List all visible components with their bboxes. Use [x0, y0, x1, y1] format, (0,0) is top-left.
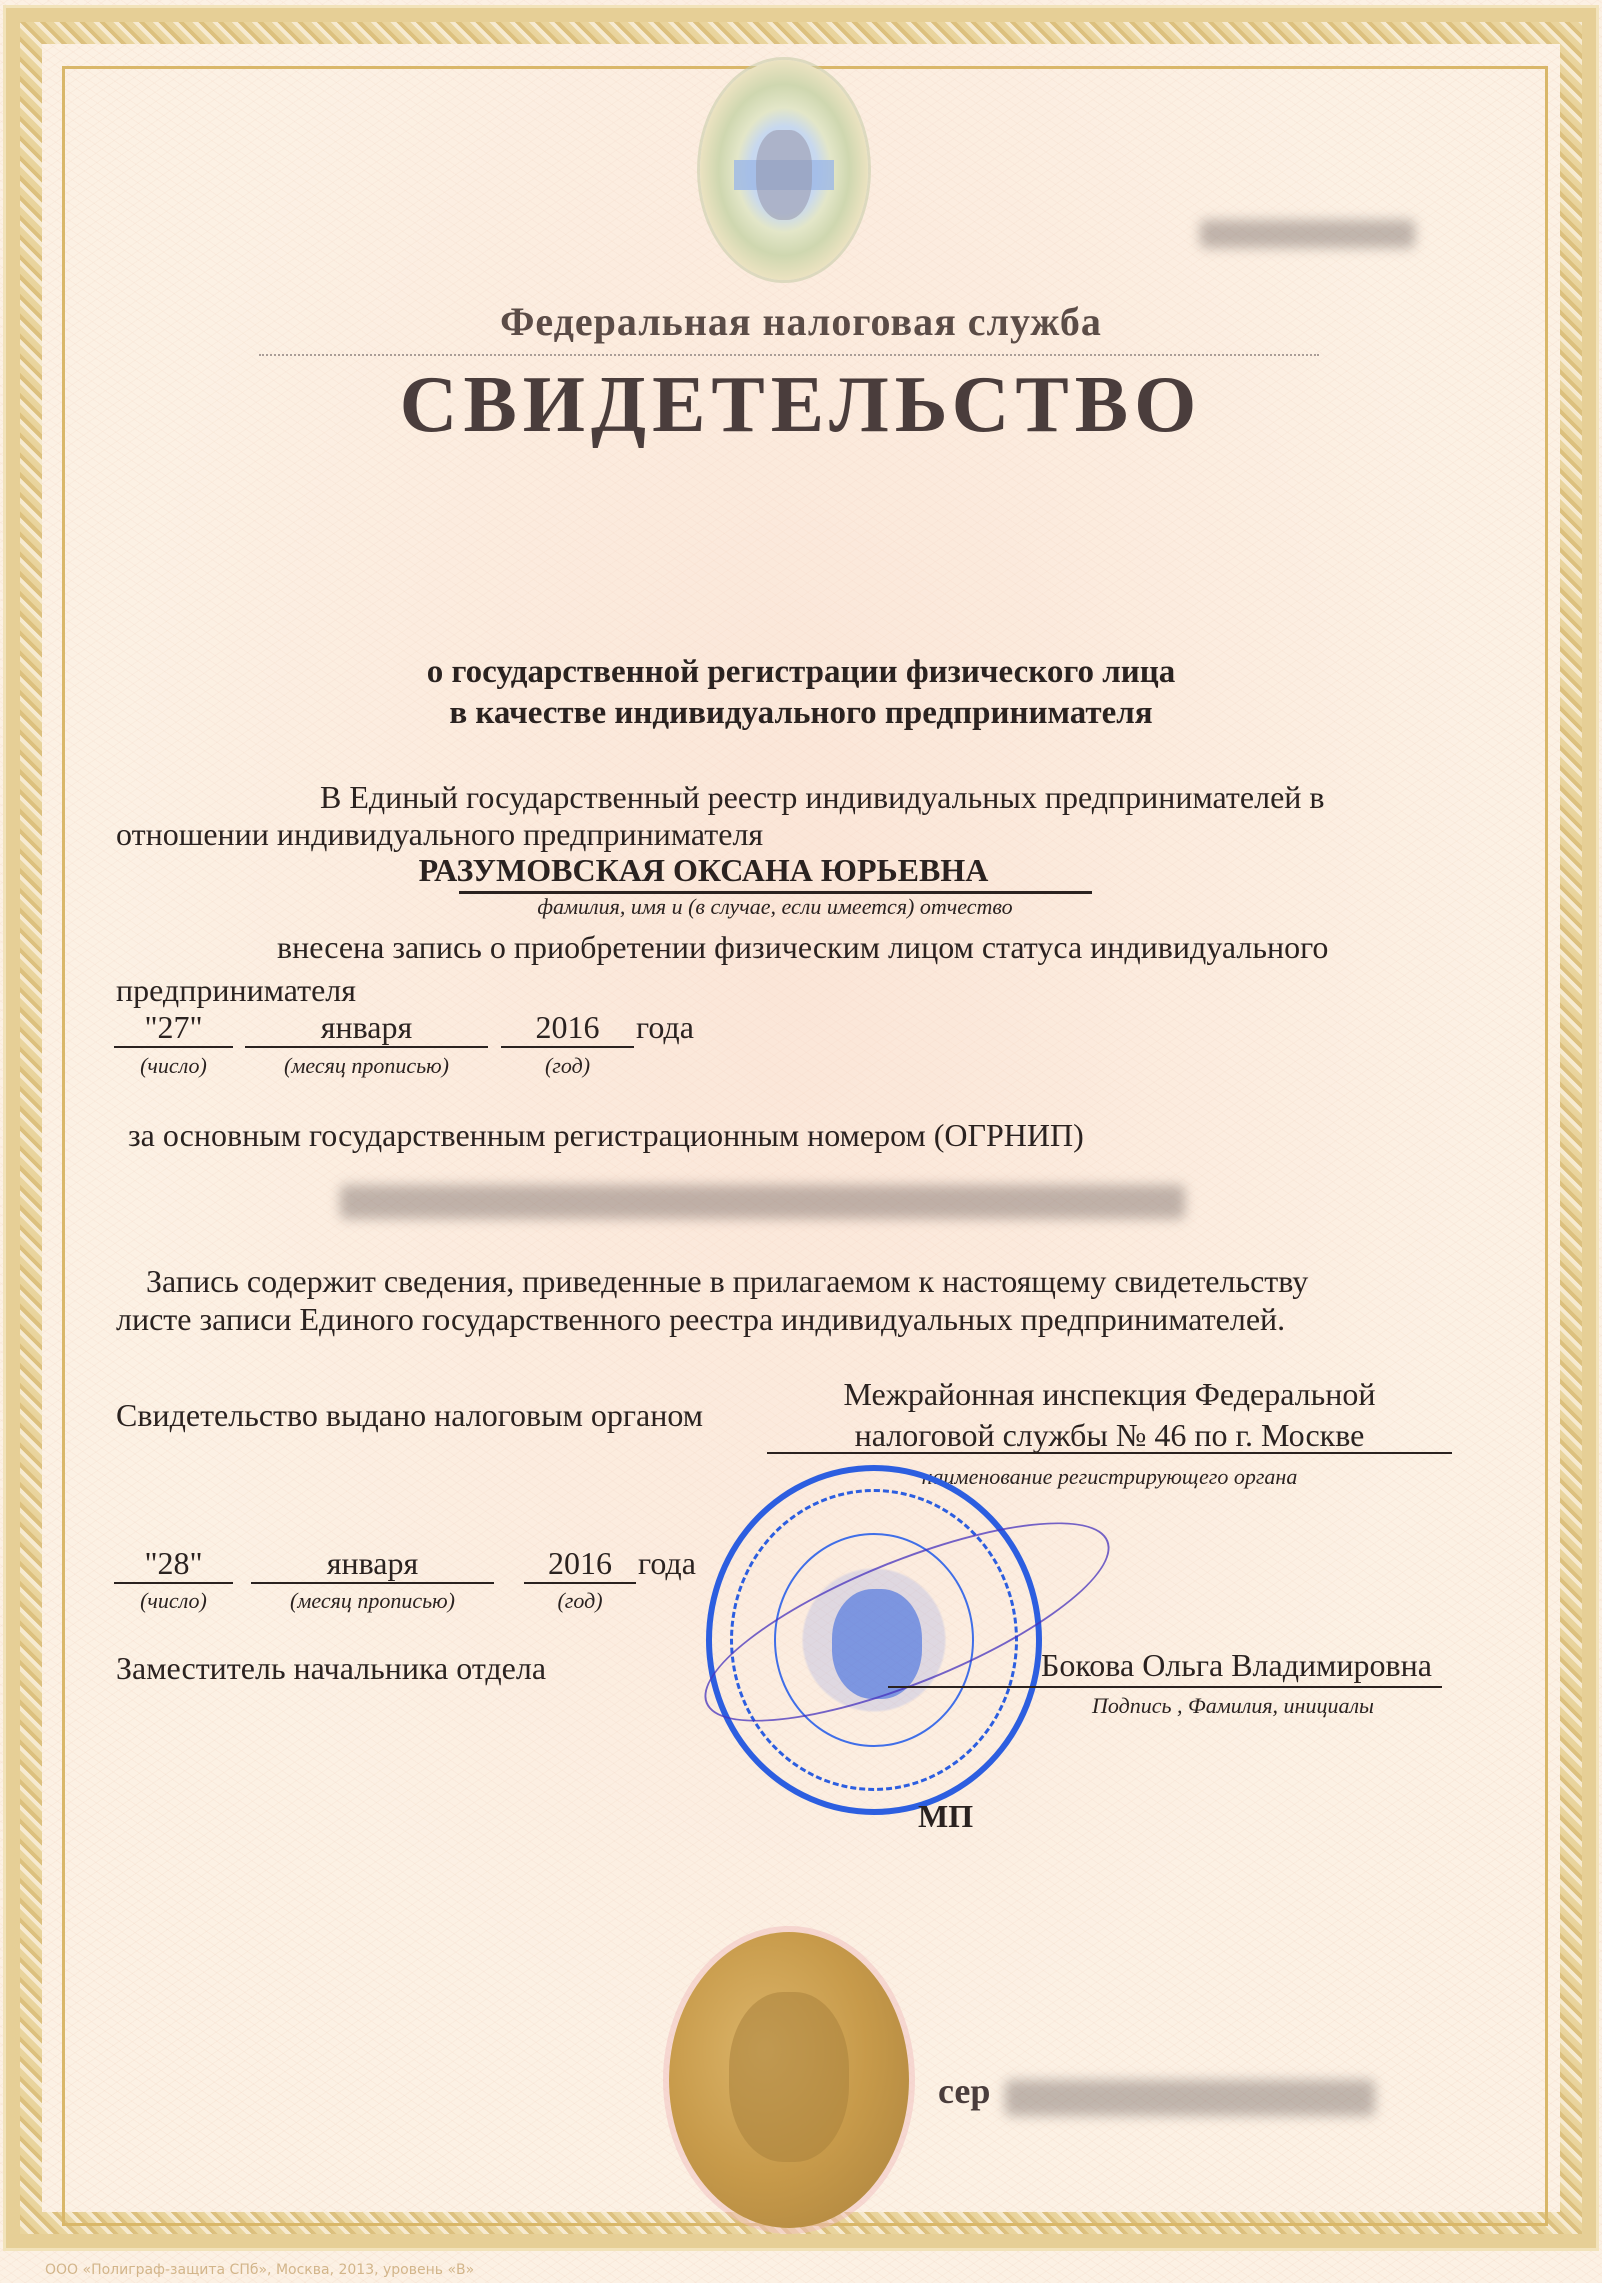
issue-year-caption: (год)	[524, 1588, 636, 1614]
stamp-place-mark: МП	[918, 1798, 973, 1835]
eagle-emblem-icon	[756, 130, 812, 220]
intro-line-1: В Единый государственный реестр индивиду…	[320, 779, 1325, 816]
subtitle-line-2: в качестве индивидуального предпринимате…	[0, 695, 1602, 732]
issue-day-line	[114, 1582, 233, 1584]
printer-imprint: ООО «Полиграф-защита СПб», Москва, 2013,…	[45, 2262, 474, 2278]
entry-line-1: внесена запись о приобретении физическим…	[277, 929, 1328, 966]
issuer-line-2: налоговой службы № 46 по г. Москве	[767, 1417, 1452, 1454]
issuer-line-1: Межрайонная инспекция Федеральной	[767, 1376, 1452, 1413]
official-title: Заместитель начальника отдела	[116, 1650, 546, 1687]
signature-caption: Подпись , Фамилия, инициалы	[1092, 1693, 1374, 1719]
issue-day-caption: (число)	[114, 1588, 233, 1614]
entry-day: "27"	[114, 1009, 233, 1046]
series-label: сер	[938, 2070, 990, 2112]
entry-year-suffix: года	[636, 1009, 694, 1046]
entry-month-line	[245, 1046, 488, 1048]
subtitle-line-1: о государственной регистрации физическог…	[0, 654, 1602, 691]
seal-eagle-icon	[729, 1992, 849, 2162]
agency-name: Федеральная налоговая служба	[0, 298, 1602, 345]
issue-month-caption: (месяц прописью)	[251, 1588, 494, 1614]
issue-day: "28"	[114, 1545, 233, 1582]
document-title: СВИДЕТЕЛЬСТВО	[0, 360, 1602, 451]
issue-month: января	[251, 1545, 494, 1582]
entry-line-2: предпринимателя	[116, 972, 356, 1009]
record-line-1: Запись содержит сведения, приведенные в …	[146, 1263, 1308, 1300]
official-name: Бокова Ольга Владимировна	[1041, 1647, 1432, 1684]
entry-year-caption: (год)	[501, 1053, 634, 1079]
issuer-underline	[767, 1452, 1452, 1454]
entry-month-caption: (месяц прописью)	[245, 1053, 488, 1079]
state-emblem-hologram-icon	[700, 60, 868, 280]
entry-month: января	[245, 1009, 488, 1046]
signature-line	[888, 1686, 1442, 1688]
issue-month-line	[251, 1582, 494, 1584]
redacted-registration-number	[1200, 220, 1415, 248]
header-divider	[259, 354, 1319, 356]
entry-day-caption: (число)	[114, 1053, 233, 1079]
issued-by-label: Свидетельство выдано налоговым органом	[116, 1397, 703, 1434]
gold-seal-emblem-icon	[669, 1932, 909, 2228]
ogrnip-label: за основным государственным регистрацион…	[128, 1117, 1084, 1154]
entry-year-line	[501, 1046, 634, 1048]
intro-line-2: отношении индивидуального предпринимател…	[116, 816, 763, 853]
certificate-page: Федеральная налоговая служба СВИДЕТЕЛЬСТ…	[0, 0, 1602, 2283]
issue-year-line	[524, 1582, 636, 1584]
issue-year: 2016	[524, 1545, 636, 1582]
person-name-caption: фамилия, имя и (в случае, если имеется) …	[0, 894, 1550, 920]
entry-year: 2016	[501, 1009, 634, 1046]
person-name: РАЗУМОВСКАЯ ОКСАНА ЮРЬЕВНА	[315, 852, 1092, 889]
issue-year-suffix: года	[638, 1545, 696, 1582]
redacted-ogrnip	[340, 1185, 1185, 1219]
entry-day-line	[114, 1046, 233, 1048]
record-line-2: листе записи Единого государственного ре…	[116, 1301, 1285, 1338]
redacted-series-number	[1005, 2080, 1375, 2116]
